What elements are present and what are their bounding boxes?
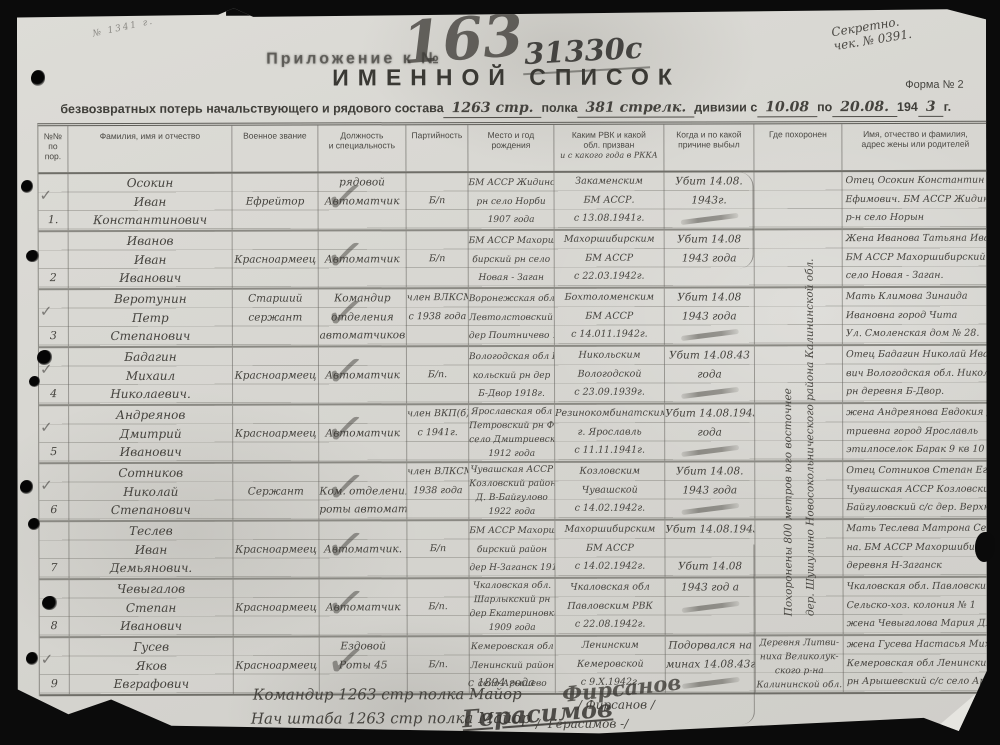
handwritten-text: Николай [123, 485, 178, 499]
handwritten-text: 1943 год а [681, 581, 739, 593]
handwritten-text: село Новая - Заган. [846, 270, 944, 281]
cell-fate: Убит 14.081943 года [665, 288, 755, 344]
pencil-checkmark-icon: ✓ [40, 418, 53, 436]
handwritten-text: Отец Осокин Константин [845, 175, 984, 186]
table-row: 7ТеслевИванДемьянович.КрасноармеецАвтома… [39, 520, 989, 580]
handwritten-text: село Дмитриевское [469, 435, 555, 445]
handwritten-text: Бадагин [124, 350, 176, 364]
cell-party: Б/п. [407, 347, 469, 403]
handwritten-text: Сельско-хоз. колония № 1 [847, 599, 976, 610]
cell-family: Мать Климова ЗинаидаИвановна город ЧитаУ… [843, 288, 989, 344]
handwritten-text: Б-Двор 1918г. [478, 389, 545, 399]
handwritten-text: Автоматчик [325, 427, 400, 439]
pencil-bracket [738, 172, 753, 268]
handwritten-text: Красноармеец [235, 659, 317, 671]
handwritten-text: Красноармеец [235, 601, 317, 613]
cell-party: Б/п [406, 173, 468, 229]
handwritten-text: с 11.11.1941г. [574, 445, 645, 456]
row-number: 9 [40, 675, 69, 694]
row-number: 6 [39, 501, 68, 520]
handwritten-text: Убит 14.08 [677, 291, 741, 303]
handwritten-text: дер Екатериновка [470, 609, 556, 619]
handwritten-text: 1943 года [682, 484, 737, 496]
handwritten-text: Чевыгалов [117, 582, 185, 596]
handwritten-text: Иван [135, 543, 168, 557]
handwritten-text: Мать Теслева Матрона Семенов- [846, 523, 989, 534]
handwritten-text: 1938 года [413, 485, 462, 496]
handwritten-text: Красноармеец [234, 253, 316, 265]
cell-name: ГусевЯковЕвграфович [70, 638, 234, 694]
scan-background: { "stamps": { "corner_scribble": "№ 1341… [0, 0, 1000, 745]
document-subtitle: безвозвратных потерь начальствующего и р… [60, 99, 990, 117]
burial-location-note: Похоронены 800 метров юго восточнее дер.… [754, 170, 843, 616]
punch-hole [31, 70, 45, 86]
handwritten-text: Убит 14.08 [677, 233, 741, 245]
handwritten-text: Ленинским [582, 640, 639, 651]
handwritten-text: рн деревня Б-Двор. [846, 386, 944, 397]
punch-hole [26, 250, 39, 262]
handwritten-text: БМ АССР Махоршибирский рн [846, 251, 989, 262]
handwritten-text: Козловским [579, 466, 640, 477]
handwritten-text: Кемеровская обл Ленинский [847, 657, 990, 668]
handwritten-text: Иванович [120, 445, 182, 459]
handwritten-text: Иванович [119, 271, 181, 285]
handwritten-text: БМ АССР [585, 310, 633, 321]
handwritten-text: деревня Н-Заганск [846, 560, 941, 571]
table-header-row: №№ по пор.Фамилия, имя и отчествоВоенное… [38, 124, 988, 174]
handwritten-text: триевна город Ярославль [846, 425, 978, 436]
cell-family: жена Гусева Настасья МихайловнаКемеровск… [844, 636, 990, 692]
punch-hole [28, 518, 40, 530]
handwritten-text: БМ АССР Жидинск. [468, 178, 554, 188]
handwritten-text: с 14.02.1942г. [575, 561, 646, 572]
handwritten-text: Красноармеец [235, 543, 317, 555]
handwritten-text: на. БМ АССР Махоршибирский рн [846, 541, 989, 552]
cell-rank: Красноармеец [234, 579, 320, 635]
handwritten-text: Дмитрий [120, 426, 182, 440]
handwritten-text: Калининской обл. [757, 680, 843, 690]
handwritten-text: Иванович [120, 619, 182, 633]
handwritten-text: Ефимович. БМ АССР Жидинский [846, 193, 989, 204]
cell-duty: рядовойАвтоматчик [318, 173, 406, 229]
row-number: 8 [40, 617, 69, 636]
pencil-stroke [681, 445, 739, 457]
handwritten-text: жена Чевыгалова Мария Дмитриевна [847, 618, 990, 630]
pencil-checkmark-icon: ✓ [40, 186, 53, 204]
cell-rvk: БохтоломенскимБМ АССРс 14.011.1942г. [555, 289, 665, 345]
row-number: 1. [39, 211, 68, 230]
handwritten-text: Ефрейтор [246, 195, 305, 207]
handwritten-text: Чкаловская обл [570, 582, 650, 593]
commander-line: Командир 1263 стр полка Майор [253, 685, 522, 704]
punch-hole [21, 180, 33, 193]
cell-birth: Воронежская облЛевтолстовский рндер Поит… [469, 289, 555, 345]
cell-party: член ВКП(б)с 1941г. [407, 405, 469, 461]
cell-birth: Вологодская обл Ни-кольский рн дерБ-Двор… [469, 347, 555, 403]
handwritten-text: с 14.011.1942г. [571, 329, 648, 340]
subtitle-printed: дивизии с [694, 100, 757, 114]
handwritten-text: 1943г. [691, 194, 726, 206]
secret-note: Секретно. чек. № 0391. [830, 13, 912, 53]
handwritten-text: Байгуловский с/с дер. Верхняя-Байгулово. [846, 502, 989, 514]
pencil-checkmark-icon: ✓ [41, 650, 54, 668]
chief-of-staff-name: /- Герасимов -/ [536, 717, 628, 731]
table-row: ✓3ВеротунинПетрСтепановичСтаршийсержантК… [39, 288, 989, 348]
cell-row-number: ✓1. [38, 174, 68, 230]
handwritten-text: вич Вологодская обл. Никольский [846, 367, 989, 378]
cell-name: БадагинМихаилНиколаевич. [69, 348, 233, 404]
handwritten-text: Автоматчик [325, 253, 400, 265]
cell-duty: Автоматчик [319, 347, 407, 403]
row-number: 3 [39, 327, 68, 346]
cell-rvk: ЗакаменскимБМ АССР.с 13.08.1941г. [554, 173, 664, 229]
handwritten-text: Б/п [430, 543, 446, 554]
cell-name: ТеслевИванДемьянович. [69, 522, 233, 578]
handwritten-text: Б/п [429, 253, 445, 264]
handwritten-text: Иван [134, 253, 167, 267]
cell-row-number: ✓9 [40, 638, 70, 694]
cell-duty: Автоматчик [319, 405, 407, 461]
handwritten-text: Махоршибирским [565, 524, 656, 535]
date-to: 20.08. [832, 99, 897, 117]
handwritten-text: бирский рн село [472, 255, 550, 265]
handwritten-text: Отец Сотников Степан Егорович. [846, 465, 989, 476]
cell-party: Б/п [407, 231, 469, 287]
cell-birth: БМ АССР Махорши-бирский райондер Н-Заган… [469, 521, 555, 577]
handwritten-text: Степан [126, 601, 176, 615]
handwritten-text: БМ АССР. [584, 194, 635, 205]
handwritten-text: Левтолстовский рн [469, 312, 555, 322]
cell-party: член ВЛКСМ с1938 года [407, 463, 469, 519]
handwritten-text: Старший [248, 293, 302, 305]
cell-birth: Чувашская АССРКозловский районД. В-Байгу… [469, 463, 555, 519]
handwritten-text: Отец Бадагин Николай Ивано- [846, 349, 989, 360]
handwritten-text: Мать Климова Зинаида [846, 291, 968, 302]
handwritten-text: БМ АССР [586, 542, 634, 553]
handwritten-text: бирский район [477, 545, 547, 555]
cell-rvk: НикольскимВологодскойс 23.09.1939г. [555, 347, 665, 403]
form-label: Форма № 2 [905, 79, 963, 91]
handwritten-text: Убит 14.08.1943 [665, 407, 755, 419]
handwritten-text: Теслев [129, 524, 173, 538]
column-header: Имя, отчество и фамилия, адрес жены или … [842, 124, 988, 170]
cell-name: СотниковНиколайСтепанович [69, 464, 233, 520]
handwritten-text: Автоматчик [325, 369, 400, 381]
cell-rank: Красноармеец [233, 405, 319, 461]
handwritten-text: Ивановна город Чита [846, 309, 957, 320]
handwritten-header-note: и с какого года в РККА [554, 151, 663, 160]
column-header: Партийность [406, 125, 468, 171]
handwritten-text: Ком. отделения [319, 485, 407, 497]
cell-rvk: МахоршибирскимБМ АССРс 14.02.1942г. [555, 521, 665, 577]
handwritten-text: Чкаловская обл. Павловский рн [847, 581, 990, 592]
punch-hole [26, 652, 38, 665]
column-header: №№ по пор. [38, 126, 68, 172]
burial-note-line1: Похоронены 800 метров юго восточнее [781, 170, 794, 616]
handwritten-text: Гусев [133, 640, 169, 654]
handwritten-text: сержант [248, 311, 302, 323]
handwritten-text: Николаевич. [110, 387, 191, 401]
pencil-stroke [681, 677, 739, 689]
handwritten-text: Автоматчик [325, 195, 400, 207]
handwritten-text: Андреянов [116, 408, 185, 422]
cell-family: Мать Теслева Матрона Семенов-на. БМ АССР… [843, 520, 989, 576]
handwritten-text: Красноармеец [235, 427, 317, 439]
corner-scribble: № 1341 г. [92, 17, 155, 40]
handwritten-text: Вологодской [578, 368, 642, 379]
cell-rank: Ефрейтор [232, 173, 318, 229]
handwritten-text: Автоматчик [326, 601, 401, 613]
table-row: 2ИвановИванИвановичКрасноармеецАвтоматчи… [39, 230, 989, 290]
cell-duty: Автоматчик [319, 231, 407, 287]
cell-family: Чкаловская обл. Павловский рнСельско-хоз… [844, 578, 990, 634]
cell-burial: Деревня Литви-ниха Великолук-ского р-наК… [756, 636, 844, 692]
cell-name: ИвановИванИванович [69, 232, 233, 288]
cell-family: Отец Сотников Степан Егорович.Чувашская … [843, 462, 989, 518]
pencil-stroke [680, 387, 738, 399]
cell-party: член ВЛКСМс 1938 года [407, 289, 469, 345]
handwritten-text: автоматчиков [320, 330, 406, 342]
cell-duty: Ком. отделенияроты автомат. [319, 463, 407, 519]
handwritten-text: Степанович [111, 503, 191, 517]
cell-family: Жена Иванова Татьяна ИвановнаБМ АССР Мах… [843, 230, 989, 286]
handwritten-text: с 13.08.1941г. [574, 213, 645, 224]
handwritten-text: Веротунин [114, 292, 187, 306]
handwritten-text: Убит 14.08. [676, 465, 743, 477]
row-number: 4 [39, 385, 68, 404]
cell-rank: Старшийсержант [233, 289, 319, 345]
handwritten-text: отделения [331, 311, 394, 323]
handwritten-text: Подорвался на [668, 639, 752, 651]
handwritten-text: Ул. Смоленская дом № 28. [846, 328, 979, 339]
handwritten-text: Иванов [127, 234, 174, 248]
column-header: Где похоронен [754, 124, 842, 170]
cell-fate: Убит 14.08.43года [665, 346, 755, 402]
handwritten-text: ниха Великолук- [760, 652, 839, 662]
cell-birth: Ярославская облПетровский рн Филейскийсе… [469, 405, 555, 461]
cell-rvk: Резинокомбинатскимг. Ярославльс 11.11.19… [555, 405, 665, 461]
handwritten-text: Петр [132, 311, 169, 325]
cell-rank: Сержант [233, 463, 319, 519]
handwritten-text: 1943 года [682, 310, 737, 322]
handwritten-text: Б/п. [428, 369, 447, 380]
cell-birth: БМ АССР Махорши-бирский рн селоНовая - З… [469, 231, 555, 287]
handwritten-text: с 23.09.1939г. [574, 387, 645, 398]
handwritten-text: Степанович [110, 329, 190, 343]
table-row: ✓6СотниковНиколайСтепановичСержантКом. о… [39, 462, 989, 522]
column-header: Фамилия, имя и отчество [68, 126, 232, 172]
handwritten-text: Деревня Литви- [759, 638, 839, 648]
cell-rank: Красноармеец [233, 347, 319, 403]
handwritten-text: Резинокомбинатским [555, 408, 665, 419]
handwritten-text: Яков [136, 659, 167, 673]
handwritten-text: этилпоселок Барак 9 кв 10 [846, 444, 984, 455]
handwritten-text: рядовой [339, 176, 385, 188]
cell-family: Отец Бадагин Николай Ивано-вич Вологодск… [843, 346, 989, 402]
pencil-checkmark-icon: ✓ [40, 476, 53, 494]
division-number: 381 стрелк. [578, 99, 695, 117]
cell-rvk: Чкаловская облПавловским РВКс 22.08.1942… [556, 579, 666, 635]
handwritten-text: года [697, 368, 722, 380]
handwritten-text: Ездовой [340, 640, 386, 652]
handwritten-text: Кемеровской [577, 658, 644, 669]
handwritten-text: Убит 14.08.43 [669, 349, 750, 361]
handwritten-text: БМ АССР Махорши- [469, 526, 555, 536]
handwritten-text: жена Андреянова Евдокия Дми- [846, 407, 989, 418]
handwritten-text: Сержант [248, 485, 304, 497]
cell-rvk: МахоршибирскимБМ АССРс 22.03.1942г. [555, 231, 665, 287]
subtitle-printed: полка [541, 101, 577, 115]
pencil-stroke [680, 213, 738, 225]
handwritten-text: 1912 года [488, 449, 535, 459]
year-digit: 3 [918, 99, 944, 117]
cell-row-number: ✓5 [39, 406, 69, 462]
handwritten-text: 1943 года [682, 252, 737, 264]
row-number: 2 [39, 269, 68, 288]
pencil-bracket [741, 544, 754, 724]
handwritten-text: Закаменским [575, 176, 643, 187]
column-header: Военное звание [232, 125, 318, 171]
handwritten-text: Демьянович. [110, 561, 192, 575]
handwritten-text: Павловским РВК [567, 600, 653, 611]
cell-rank: Красноармеец [233, 231, 319, 287]
cell-duty: Командиротделенияавтоматчиков [319, 289, 407, 345]
handwritten-text: Петровский рн Филейский [469, 421, 555, 431]
handwritten-text: Убит 14.08. [675, 175, 742, 187]
handwritten-text: Шарлыкский рн [474, 595, 550, 605]
handwritten-text: Сотников [118, 466, 183, 480]
handwritten-text: Новая - Заган [479, 273, 544, 283]
handwritten-text: Чувашской [582, 484, 638, 495]
cell-birth: БМ АССР Жидинск.рн село Норби1907 года [468, 173, 554, 229]
cell-family: жена Андреянова Евдокия Дми-триевна горо… [843, 404, 989, 460]
handwritten-text: Роты 45 [339, 659, 388, 671]
punch-hole [37, 350, 52, 365]
cell-name: ОсокинИванКонстантинович [68, 174, 232, 230]
handwritten-text: дер Н-Заганск 1918 года [470, 563, 556, 573]
handwritten-text: член ВЛКСМ с [407, 466, 469, 477]
casualty-table: №№ по пор.Фамилия, имя и отчествоВоенное… [37, 121, 990, 696]
handwritten-text: Ленинский район [470, 661, 554, 671]
handwritten-text: с 22.08.1942г. [575, 619, 646, 630]
handwritten-text: Красноармеец [235, 369, 317, 381]
handwritten-text: р-н село Норын [846, 212, 924, 223]
handwritten-text: БМ АССР [585, 252, 633, 263]
cell-duty: Автоматчик [320, 579, 408, 635]
handwritten-text: года [697, 426, 722, 438]
punch-hole [29, 376, 40, 387]
handwritten-text: Махоршибирским [564, 234, 655, 245]
handwritten-text: Чувашская АССР Козловский р-н [846, 483, 989, 494]
date-from: 10.08 [757, 99, 817, 117]
table-row: ✓1.ОсокинИванКонстантиновичЕфрейторрядов… [38, 172, 988, 232]
pencil-stroke [680, 329, 738, 341]
punch-hole [42, 596, 57, 610]
cell-row-number: ✓6 [39, 464, 69, 520]
punch-hole [20, 480, 33, 494]
table-row: ✓8ЧевыгаловСтепанИвановичКрасноармеецАвт… [40, 578, 990, 638]
regiment-number: 1263 стр. [444, 100, 542, 118]
column-header: Когда и по какой причине выбыл [664, 124, 754, 170]
handwritten-text: роты автомат. [319, 504, 407, 516]
handwritten-text: Убит 14.08 [678, 561, 742, 573]
paper-tear [226, 7, 260, 16]
handwritten-text: г. Ярославль [578, 426, 642, 437]
burial-note-line2: дер. Шушулино Новосокольнического района… [803, 170, 816, 616]
handwritten-text: рн Арышевский с/с село Арышево. [847, 676, 990, 687]
handwritten-text: Командир [334, 292, 390, 304]
handwritten-text: Иван [134, 195, 167, 209]
handwritten-text: с 14.02.1942г. [575, 503, 646, 514]
cell-birth: Чкаловская обл.Шарлыкский рндер Екатерин… [470, 579, 556, 635]
handwritten-text: Никольским [578, 350, 640, 361]
handwritten-text: Вологодская обл Ни- [469, 352, 555, 362]
handwritten-text: Михаил [126, 369, 175, 383]
pencil-stroke [681, 503, 739, 515]
handwritten-text: 1922 года [488, 507, 535, 517]
pencil-stroke [681, 601, 739, 613]
handwritten-text: Чкаловская обл. [473, 581, 551, 591]
handwritten-text: с 1941г. [417, 427, 457, 438]
cell-fate: Убит 14.08.1943 года [665, 462, 755, 518]
handwritten-text: Автоматчик. [324, 543, 402, 555]
handwritten-text: БМ АССР Махорши- [469, 236, 555, 246]
table-row: ✓4БадагинМихаилНиколаевич.КрасноармеецАв… [39, 346, 989, 406]
cell-name: ЧевыгаловСтепанИванович [70, 580, 234, 636]
page-title: ИМЕННОЙ СПИСОК [332, 64, 681, 92]
handwritten-text: Евграфович [114, 677, 189, 691]
scan-blemish [975, 532, 995, 562]
cell-rank: Красноармеец [233, 521, 319, 577]
handwritten-text: член ВЛКСМ [407, 292, 469, 303]
column-header: Должность и специальность [318, 125, 406, 171]
handwritten-text: член ВКП(б) [407, 408, 469, 419]
handwritten-text: Б/п. [428, 601, 447, 612]
cell-row-number: 2 [39, 232, 69, 288]
cell-row-number: 7 [39, 522, 69, 578]
handwritten-text: Ярославская обл [471, 407, 552, 417]
cell-party: Б/п [407, 521, 469, 577]
handwritten-text: дер Поитничево 1918г. [469, 331, 555, 341]
subtitle-printed: безвозвратных потерь начальствующего и р… [60, 101, 443, 116]
handwritten-text: ского р-на [775, 666, 824, 676]
pencil-checkmark-icon: ✓ [40, 302, 53, 320]
handwritten-text: Убит 14.08.1943 [665, 523, 755, 535]
cell-name: АндреяновДмитрийИванович [69, 406, 233, 462]
column-header: Место и год рождения [468, 125, 554, 171]
handwritten-text: Кемеровская обл [471, 642, 554, 652]
handwritten-text: Б/п [429, 195, 445, 206]
handwritten-text: Воронежская обл [469, 294, 555, 304]
handwritten-text: 1907 года [488, 215, 535, 225]
cell-party: Б/п. [408, 579, 470, 635]
subtitle-printed: 194 [897, 100, 918, 114]
column-header: Каким РВК и какой обл. призвани с какого… [554, 125, 664, 171]
cell-fate: Убит 14.08.1943года [665, 404, 755, 460]
handwritten-text: с 22.03.1942г. [574, 271, 645, 282]
handwritten-text: рн село Норби [476, 197, 545, 207]
handwritten-text: Б/п. [429, 659, 448, 670]
row-number: 7 [39, 559, 68, 578]
document-page: № 1341 г. Секретно. чек. № 0391. 163 При… [14, 5, 988, 740]
handwritten-text: Жена Иванова Татьяна Ивановна [846, 233, 989, 244]
cell-family: Отец Осокин КонстантинЕфимович. БМ АССР … [842, 172, 988, 228]
handwritten-text: жена Гусева Настасья Михайловна [847, 639, 990, 650]
subtitle-printed: г. [944, 100, 951, 114]
handwritten-text: с 1938 года [408, 311, 466, 322]
cell-rvk: КозловскимЧувашскойс 14.02.1942г. [555, 463, 665, 519]
table-row: ✓5АндреяновДмитрийИвановичКрасноармеецАв… [39, 404, 989, 464]
